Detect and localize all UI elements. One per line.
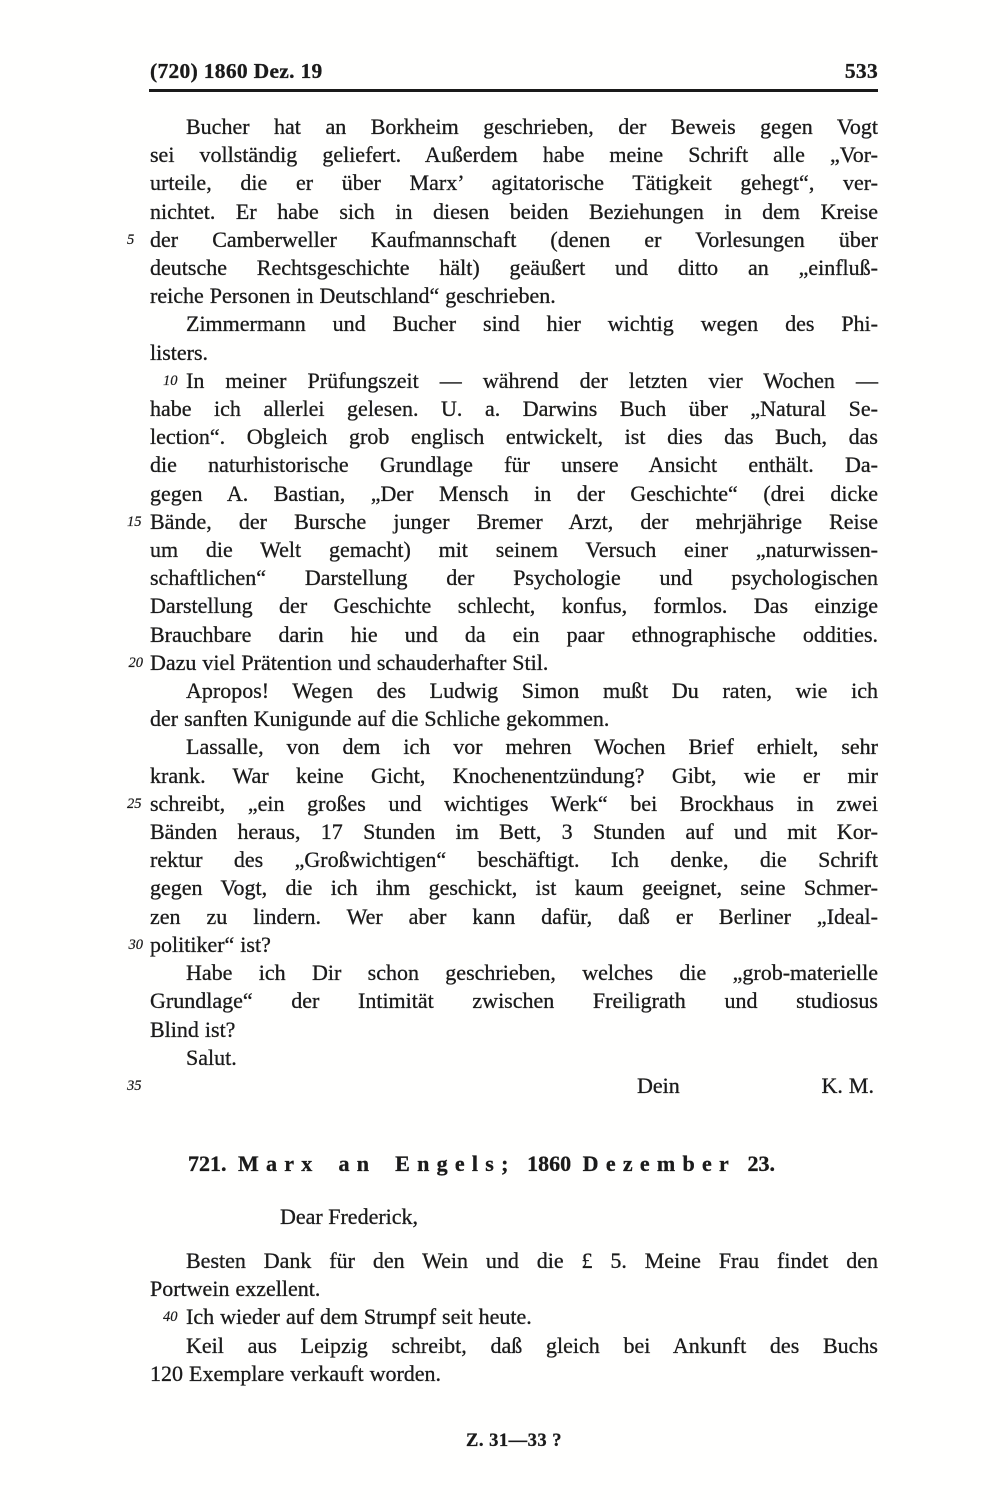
- letter-month: Dezember: [583, 1151, 736, 1176]
- letter-721-body: Besten Dank für den Wein und die £ 5. Me…: [150, 1247, 878, 1388]
- text-line: Zimmermann und Bucher sind hier wichtig …: [150, 310, 878, 338]
- text-line: die naturhistorische Grundlage für unser…: [150, 451, 878, 479]
- line-text: deutsche Rechtsgeschichte hält) geäußert…: [150, 255, 878, 280]
- line-number: 25: [127, 797, 143, 812]
- line-text: In meiner Prüfungszeit — während der let…: [186, 368, 878, 393]
- book-page: (720) 1860 Dez. 19 533 Bucher hat an Bor…: [0, 0, 1008, 1500]
- text-line: urteile, die er über Marx’ agitatorische…: [150, 169, 878, 197]
- line-number: 15: [127, 515, 143, 530]
- text-line: gegen Vogt, die ich ihm geschickt, ist k…: [150, 874, 878, 902]
- line-text: um die Welt gemacht) mit seinem Versuch …: [150, 537, 878, 562]
- text-line: Darstellung der Geschichte schlecht, kon…: [150, 592, 878, 620]
- line-text: politiker“ ist?: [150, 932, 271, 957]
- line-text: Apropos! Wegen des Ludwig Simon mußt Du …: [186, 678, 878, 703]
- text-line: sei vollständig geliefert. Außerdem habe…: [150, 141, 878, 169]
- text-line: 15Bände, der Bursche junger Bremer Arzt,…: [150, 508, 878, 536]
- salutation: Dear Frederick,: [280, 1204, 418, 1230]
- line-text: Brauchbare darin hie und da ein paar eth…: [150, 622, 878, 647]
- text-line: listers.: [150, 339, 878, 367]
- line-number: 5: [127, 233, 143, 248]
- text-line: Keil aus Leipzig schreibt, daß gleich be…: [150, 1332, 878, 1360]
- text-line: 35DeinK. M.: [150, 1072, 878, 1100]
- text-line: habe ich allerlei gelesen. U. a. Darwins…: [150, 395, 878, 423]
- line-text: Portwein exzellent.: [150, 1276, 320, 1301]
- line-number: 35: [127, 1079, 143, 1094]
- line-text: 120 Exemplare verkauft worden.: [150, 1361, 441, 1386]
- letter-721-heading: 721. Marx an Engels; 1860 Dezember 23.: [150, 1151, 878, 1177]
- line-text: die naturhistorische Grundlage für unser…: [150, 452, 878, 477]
- running-head: (720) 1860 Dez. 19 533: [150, 59, 878, 84]
- letter-number: 721.: [188, 1151, 227, 1176]
- line-text: gegen Vogt, die ich ihm geschickt, ist k…: [150, 875, 878, 900]
- line-number: 30: [127, 938, 143, 953]
- text-line: Bucher hat an Borkheim geschrieben, der …: [150, 113, 878, 141]
- text-line: 120 Exemplare verkauft worden.: [150, 1360, 878, 1388]
- line-text: zen zu lindern. Wer aber kann dafür, daß…: [150, 904, 878, 929]
- line-text: Lassalle, von dem ich vor mehren Wochen …: [186, 734, 878, 759]
- line-text: habe ich allerlei gelesen. U. a. Darwins…: [150, 396, 878, 421]
- text-line: nichtet. Er habe sich in diesen beiden B…: [150, 198, 878, 226]
- line-text: der Camberweller Kaufmannschaft (denen e…: [150, 227, 878, 252]
- line-text: rektur des „Großwichtigen“ beschäftigt. …: [150, 847, 878, 872]
- text-line: 20Dazu viel Prätention und schauderhafte…: [150, 649, 878, 677]
- text-line: rektur des „Großwichtigen“ beschäftigt. …: [150, 846, 878, 874]
- line-text: der sanften Kunigunde auf die Schliche g…: [150, 706, 609, 731]
- line-text: Bände, der Bursche junger Bremer Arzt, d…: [150, 509, 878, 534]
- line-text: Grundlage“ der Intimität zwischen Freili…: [150, 988, 878, 1013]
- text-line: 5der Camberweller Kaufmannschaft (denen …: [150, 226, 878, 254]
- text-line: Portwein exzellent.: [150, 1275, 878, 1303]
- line-text: sei vollständig geliefert. Außerdem habe…: [150, 142, 878, 167]
- line-number: 20: [127, 656, 143, 671]
- text-line: deutsche Rechtsgeschichte hält) geäußert…: [150, 254, 878, 282]
- closing-dein: Dein: [637, 1072, 680, 1100]
- line-text: krank. War keine Gicht, Knochenentzündun…: [150, 763, 878, 788]
- line-text: Habe ich Dir schon geschrieben, welches …: [186, 960, 878, 985]
- page-number: 533: [845, 59, 878, 84]
- editorial-footnote: Z. 31—33 ?: [150, 1431, 878, 1452]
- text-line: Bänden heraus, 17 Stunden im Bett, 3 Stu…: [150, 818, 878, 846]
- text-line: Besten Dank für den Wein und die £ 5. Me…: [150, 1247, 878, 1275]
- line-number: 10: [127, 374, 143, 389]
- text-line: lection“. Obgleich grob englisch entwick…: [150, 423, 878, 451]
- line-text: Salut.: [186, 1045, 237, 1070]
- text-line: zen zu lindern. Wer aber kann dafür, daß…: [150, 903, 878, 931]
- signature-initials: K. M.: [822, 1072, 874, 1100]
- line-text: schaftlichen“ Darstellung der Psychologi…: [150, 565, 878, 590]
- line-text: urteile, die er über Marx’ agitatorische…: [150, 170, 878, 195]
- text-line: Lassalle, von dem ich vor mehren Wochen …: [150, 733, 878, 761]
- line-text: lection“. Obgleich grob englisch entwick…: [150, 424, 878, 449]
- text-line: Brauchbare darin hie und da ein paar eth…: [150, 621, 878, 649]
- line-text: Darstellung der Geschichte schlecht, kon…: [150, 593, 878, 618]
- line-text: Besten Dank für den Wein und die £ 5. Me…: [186, 1248, 878, 1273]
- text-line: gegen A. Bastian, „Der Mensch in der Ges…: [150, 480, 878, 508]
- text-line: 40Ich wieder auf dem Strumpf seit heute.: [150, 1303, 878, 1331]
- text-line: Grundlage“ der Intimität zwischen Freili…: [150, 987, 878, 1015]
- text-line: 30politiker“ ist?: [150, 931, 878, 959]
- line-text: Zimmermann und Bucher sind hier wichtig …: [186, 311, 878, 336]
- running-head-left: (720) 1860 Dez. 19: [150, 59, 323, 84]
- text-line: krank. War keine Gicht, Knochenentzündun…: [150, 762, 878, 790]
- line-number: 40: [127, 1310, 143, 1325]
- text-line: Blind ist?: [150, 1016, 878, 1044]
- text-line: 25schreibt, „ein großes und wichtiges We…: [150, 790, 878, 818]
- text-line: Habe ich Dir schon geschrieben, welches …: [150, 959, 878, 987]
- line-text: Dazu viel Prätention und schauderhafter …: [150, 650, 548, 675]
- letter-correspondents: Marx an Engels;: [238, 1151, 516, 1176]
- text-line: Salut.: [150, 1044, 878, 1072]
- line-text: Bucher hat an Borkheim geschrieben, der …: [186, 114, 878, 139]
- line-text: Keil aus Leipzig schreibt, daß gleich be…: [186, 1333, 878, 1358]
- line-text: Bänden heraus, 17 Stunden im Bett, 3 Stu…: [150, 819, 878, 844]
- letter-year: 1860: [527, 1151, 571, 1176]
- text-line: der sanften Kunigunde auf die Schliche g…: [150, 705, 878, 733]
- text-line: Apropos! Wegen des Ludwig Simon mußt Du …: [150, 677, 878, 705]
- text-line: 10In meiner Prüfungszeit — während der l…: [150, 367, 878, 395]
- text-line: schaftlichen“ Darstellung der Psychologi…: [150, 564, 878, 592]
- line-text: reiche Personen in Deutschland“ geschrie…: [150, 283, 556, 308]
- line-text: listers.: [150, 340, 208, 365]
- letter-day: 23.: [748, 1151, 776, 1176]
- line-text: nichtet. Er habe sich in diesen beiden B…: [150, 199, 878, 224]
- letter-720-body: Bucher hat an Borkheim geschrieben, der …: [150, 113, 878, 1100]
- text-line: um die Welt gemacht) mit seinem Versuch …: [150, 536, 878, 564]
- line-text: Blind ist?: [150, 1017, 235, 1042]
- line-text: schreibt, „ein großes und wichtiges Werk…: [150, 791, 878, 816]
- line-text: Ich wieder auf dem Strumpf seit heute.: [186, 1304, 532, 1329]
- line-text: gegen A. Bastian, „Der Mensch in der Ges…: [150, 481, 878, 506]
- text-line: reiche Personen in Deutschland“ geschrie…: [150, 282, 878, 310]
- header-rule: [149, 89, 878, 92]
